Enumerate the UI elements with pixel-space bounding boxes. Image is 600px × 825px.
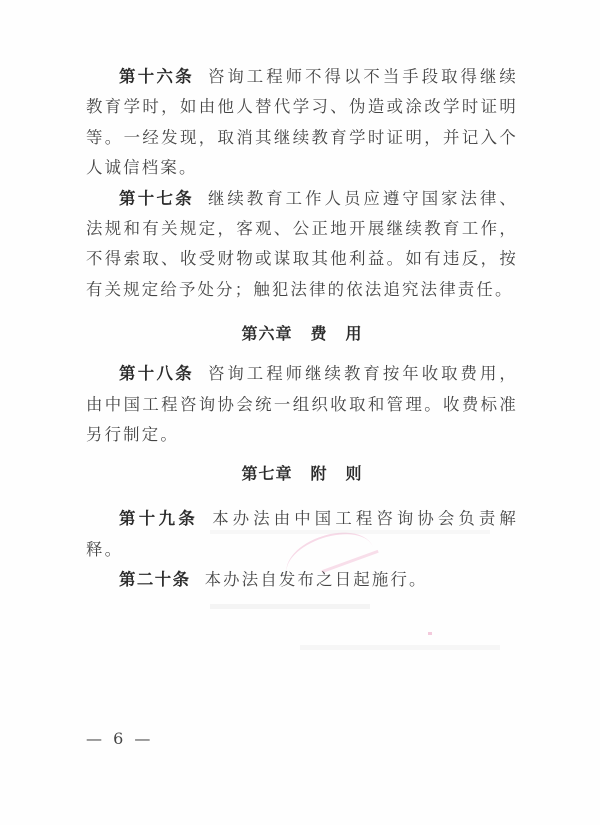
- article-label: 第十八条: [119, 364, 194, 383]
- article-label: 第十七条: [119, 189, 194, 208]
- chapter-heading-7: 第七章附则: [86, 459, 518, 489]
- article-18: 第十八条咨询工程师继续教育按年收取费用，由中国工程咨询协会统一组织收取和管理。收…: [86, 359, 518, 450]
- article-label: 第十六条: [119, 67, 194, 86]
- chapter-number: 第七章: [241, 464, 292, 483]
- article-17: 第十七条继续教育工作人员应遵守国家法律、法规和有关规定，客观、公正地开展继续教育…: [86, 184, 518, 306]
- chapter-title-char: 费: [310, 324, 327, 343]
- article-16: 第十六条咨询工程师不得以不当手段取得继续教育学时，如由他人替代学习、伪造或涂改学…: [86, 62, 518, 184]
- article-text: 本办法自发布之日起施行。: [205, 570, 428, 589]
- page-number: — 6 —: [86, 729, 153, 748]
- bleed-through-mark: [210, 604, 370, 609]
- chapter-heading-6: 第六章费用: [86, 319, 518, 349]
- article-label: 第十九条: [119, 509, 198, 528]
- document-page: 第十六条咨询工程师不得以不当手段取得继续教育学时，如由他人替代学习、伪造或涂改学…: [0, 0, 600, 825]
- chapter-number: 第六章: [241, 324, 292, 343]
- chapter-title-char: 附: [310, 464, 327, 483]
- document-body: 第十六条咨询工程师不得以不当手段取得继续教育学时，如由他人替代学习、伪造或涂改学…: [86, 62, 518, 596]
- chapter-title-char: 用: [346, 324, 363, 343]
- article-label: 第二十条: [119, 570, 191, 589]
- article-19: 第十九条本办法由中国工程咨询协会负责解释。: [86, 504, 518, 565]
- stamp-ghost-mark: [428, 632, 432, 635]
- article-20: 第二十条本办法自发布之日起施行。: [86, 565, 518, 595]
- chapter-title-char: 则: [346, 464, 363, 483]
- bleed-through-mark: [300, 645, 500, 650]
